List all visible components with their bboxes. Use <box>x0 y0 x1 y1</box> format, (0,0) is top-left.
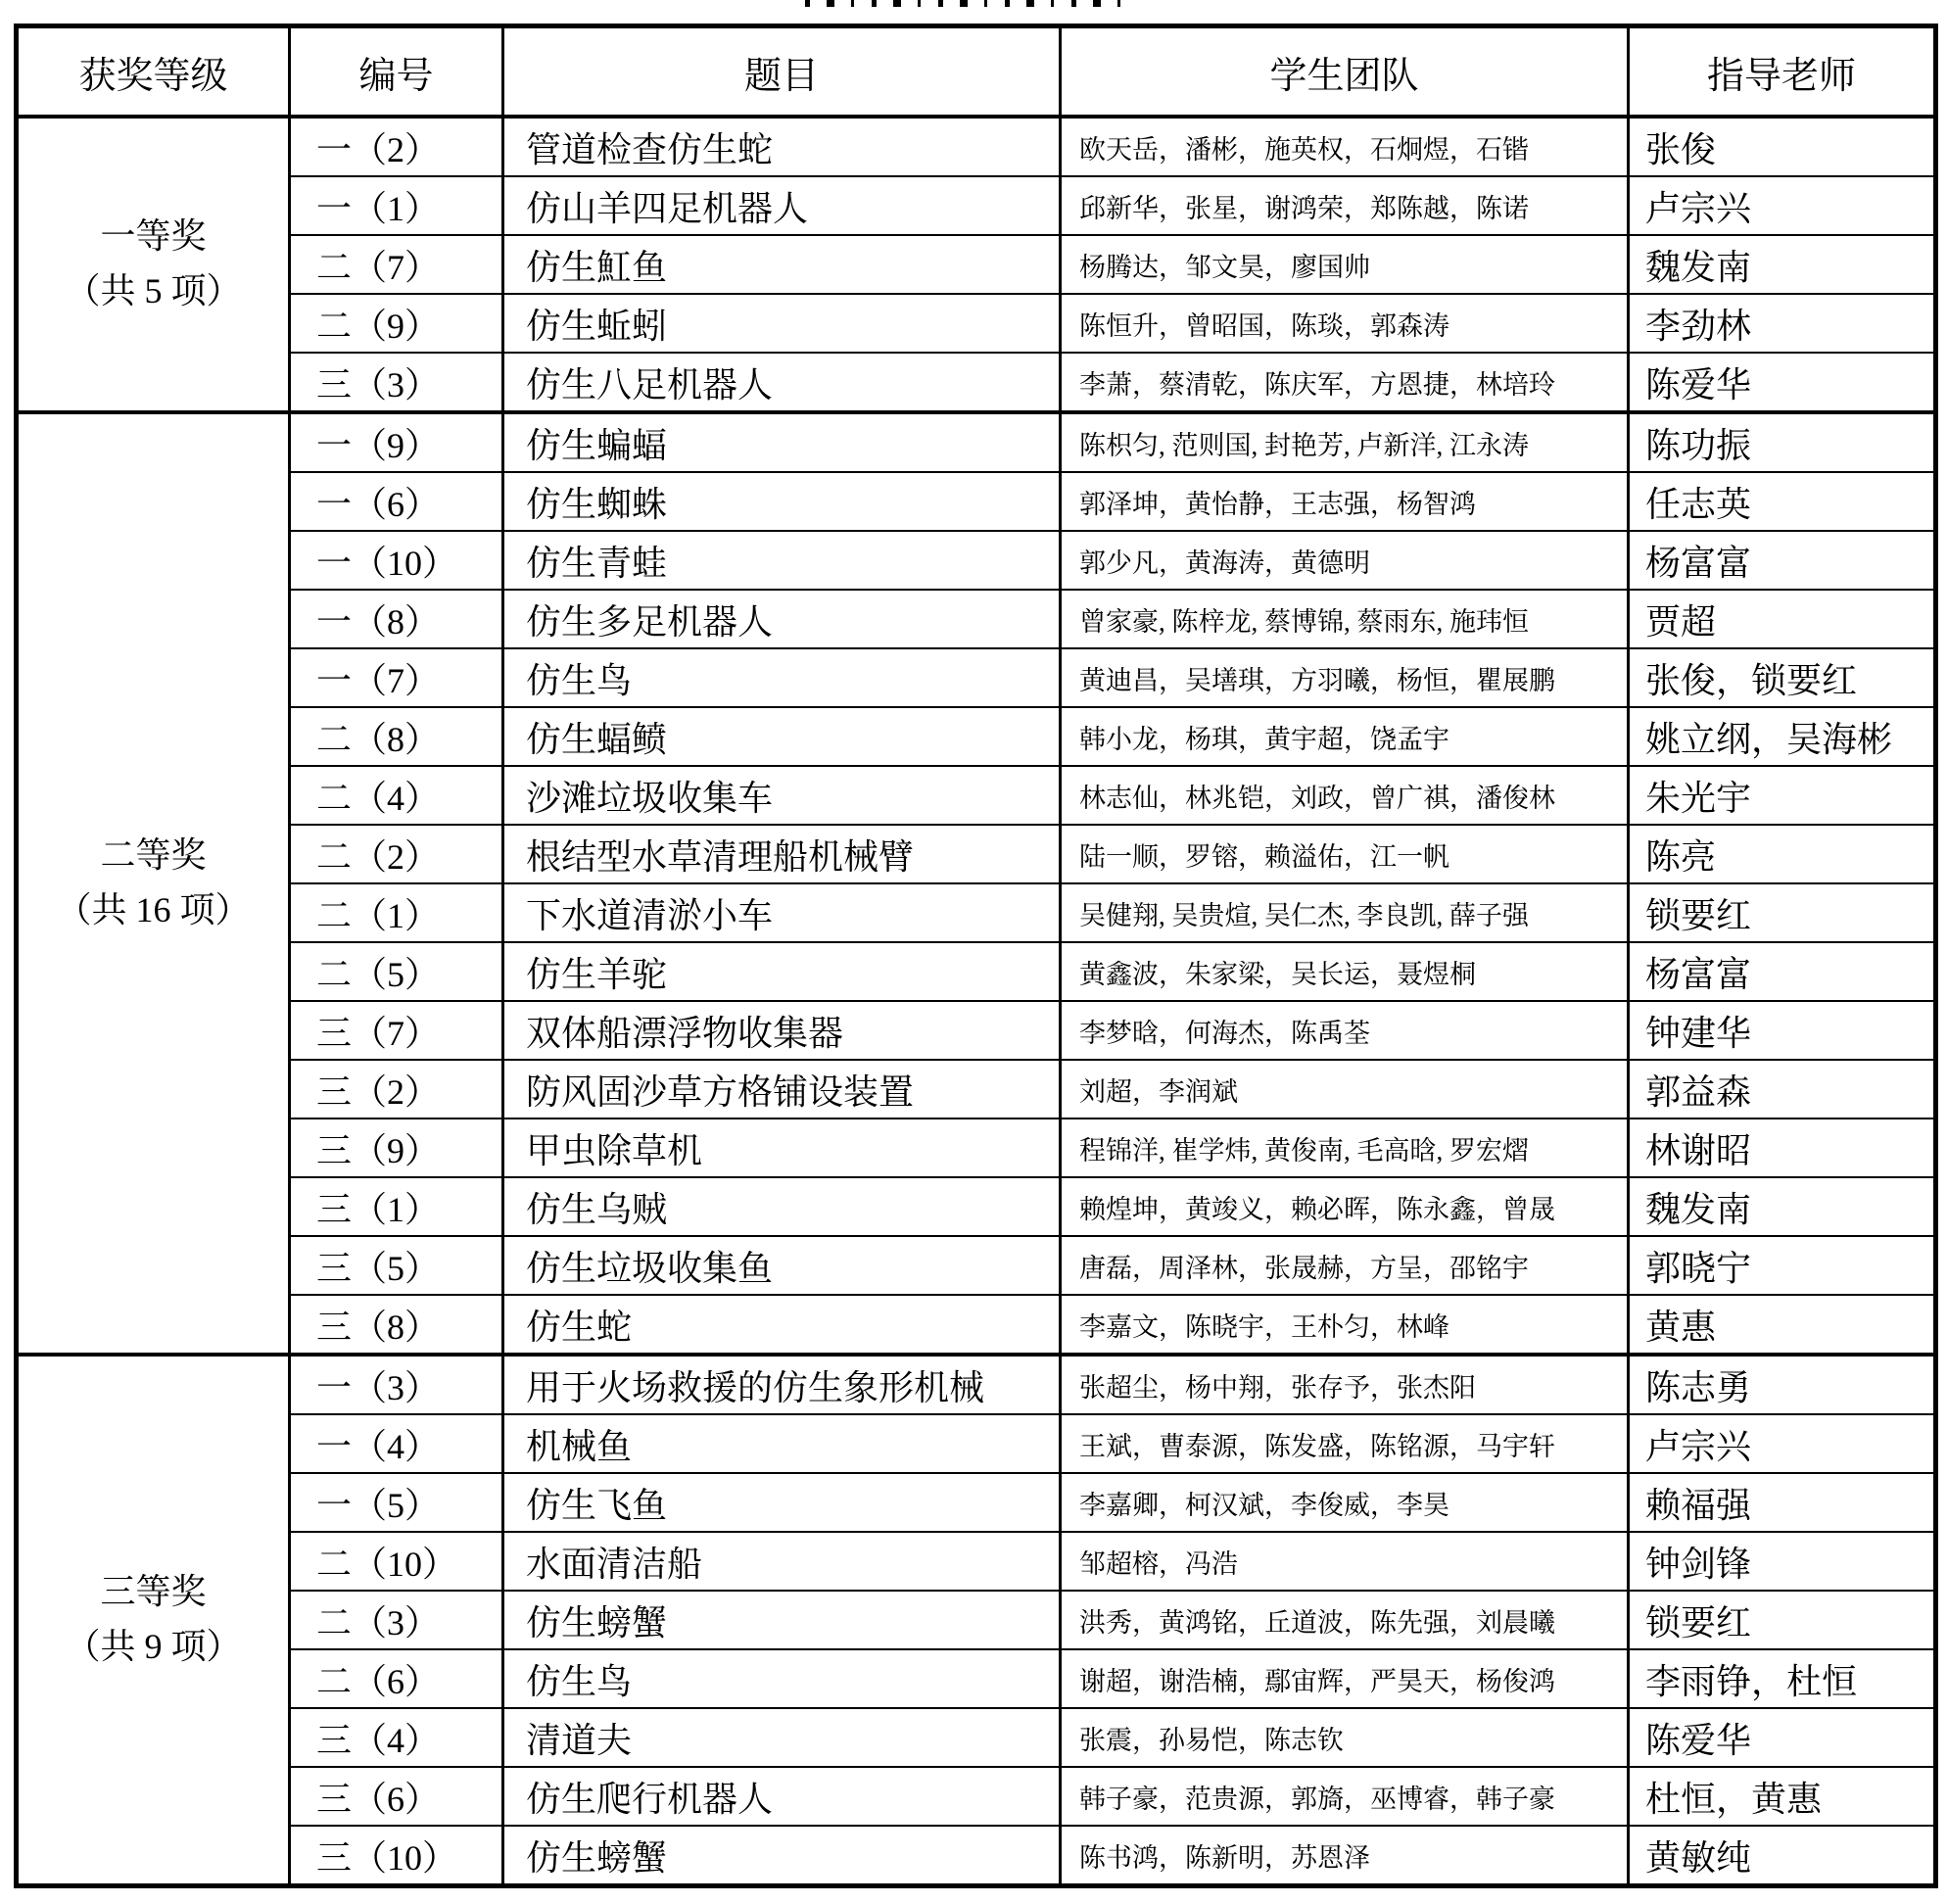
cell-team: 陈恒升，曾昭国，陈琰，郭森涛 <box>1061 294 1629 353</box>
table-row: 一（1）仿山羊四足机器人邱新华，张星，谢鸿荣，郑陈越，陈诺卢宗兴 <box>17 176 1936 235</box>
cell-team: 张震，孙易恺，陈志钦 <box>1061 1708 1629 1767</box>
cell-number: 一（1） <box>290 176 503 235</box>
table-row: 三（8）仿生蛇李嘉文，陈晓宇，王朴匀，林峰黄惠 <box>17 1295 1936 1355</box>
cell-advisor: 锁要红 <box>1629 1591 1936 1649</box>
column-header-advisor: 指导老师 <box>1629 26 1936 118</box>
cell-team: 李嘉卿，柯汉斌，李俊威，李昊 <box>1061 1473 1629 1532</box>
cell-advisor: 李劲林 <box>1629 294 1936 353</box>
cell-title: 仿生蝠鲼 <box>503 707 1061 766</box>
award-count-label: （共 9 项） <box>19 1620 288 1675</box>
cell-number: 一（5） <box>290 1473 503 1532</box>
cell-number: 三（8） <box>290 1295 503 1355</box>
column-header-team: 学生团队 <box>1061 26 1629 118</box>
column-header-number: 编号 <box>290 26 503 118</box>
cell-advisor: 郭益森 <box>1629 1060 1936 1119</box>
cell-team: 程锦洋, 崔学炜, 黄俊南, 毛高晗, 罗宏熠 <box>1061 1119 1629 1177</box>
cell-number: 二（7） <box>290 235 503 294</box>
cell-title: 防风固沙草方格铺设装置 <box>503 1060 1061 1119</box>
award-level-label: 二等奖 <box>19 829 288 883</box>
table-row: 二（1）下水道清淤小车吴健翔, 吴贵煊, 吴仁杰, 李良凯, 薛子强锁要红 <box>17 883 1936 942</box>
cell-number: 三（10） <box>290 1826 503 1886</box>
cell-title: 仿生乌贼 <box>503 1177 1061 1236</box>
cell-advisor: 杨富富 <box>1629 942 1936 1001</box>
cell-number: 一（2） <box>290 117 503 176</box>
cell-number: 三（4） <box>290 1708 503 1767</box>
cell-advisor: 郭晓宁 <box>1629 1236 1936 1295</box>
cell-advisor: 李雨铮，杜恒 <box>1629 1649 1936 1708</box>
cell-team: 赖煌坤，黄竣义，赖必晖，陈永鑫，曾晟 <box>1061 1177 1629 1236</box>
cell-number: 一（7） <box>290 648 503 707</box>
table-row: 三（4）清道夫张震，孙易恺，陈志钦陈爱华 <box>17 1708 1936 1767</box>
cropped-title-fragment <box>805 0 1138 7</box>
cell-title: 仿生螃蟹 <box>503 1591 1061 1649</box>
cell-title: 仿生青蛙 <box>503 531 1061 590</box>
cell-team: 刘超，李润斌 <box>1061 1060 1629 1119</box>
cell-number: 二（6） <box>290 1649 503 1708</box>
table-row: 三（10）仿生螃蟹陈书鸿，陈新明，苏恩泽黄敏纯 <box>17 1826 1936 1886</box>
cell-title: 仿生蝙蝠 <box>503 412 1061 472</box>
award-level-cell: 一等奖（共 5 项） <box>17 117 290 412</box>
cell-number: 二（9） <box>290 294 503 353</box>
cell-team: 李梦晗，何海杰，陈禹荃 <box>1061 1001 1629 1060</box>
cell-advisor: 姚立纲，吴海彬 <box>1629 707 1936 766</box>
cell-advisor: 锁要红 <box>1629 883 1936 942</box>
cell-team: 黄鑫波，朱家梁，吴长运，聂煜桐 <box>1061 942 1629 1001</box>
cell-title: 仿生羊驼 <box>503 942 1061 1001</box>
table-row: 二（2）根结型水草清理船机械臂陆一顺，罗镕，赖溢佑，江一帆陈亮 <box>17 825 1936 883</box>
table-row: 一等奖（共 5 项）一（2）管道检查仿生蛇欧天岳，潘彬，施英权，石炯煜，石锴张俊 <box>17 117 1936 176</box>
cell-title: 仿生蛇 <box>503 1295 1061 1355</box>
cell-number: 三（7） <box>290 1001 503 1060</box>
table-row: 一（8）仿生多足机器人曾家豪, 陈梓龙, 蔡博锦, 蔡雨东, 施玮恒贾超 <box>17 590 1936 648</box>
cell-advisor: 陈志勇 <box>1629 1355 1936 1414</box>
column-header-award-level: 获奖等级 <box>17 26 290 118</box>
table-row: 二（4）沙滩垃圾收集车林志仙，林兆铠，刘政，曾广祺，潘俊林朱光宇 <box>17 766 1936 825</box>
cell-advisor: 陈爱华 <box>1629 1708 1936 1767</box>
cell-title: 仿生飞鱼 <box>503 1473 1061 1532</box>
table-row: 二（3）仿生螃蟹洪秀，黄鸿铭，丘道波，陈先强，刘晨曦锁要红 <box>17 1591 1936 1649</box>
cell-advisor: 卢宗兴 <box>1629 1414 1936 1473</box>
cell-title: 仿生爬行机器人 <box>503 1767 1061 1826</box>
table-row: 三（1）仿生乌贼赖煌坤，黄竣义，赖必晖，陈永鑫，曾晟魏发南 <box>17 1177 1936 1236</box>
award-count-label: （共 5 项） <box>19 264 288 319</box>
cell-advisor: 杜恒，黄惠 <box>1629 1767 1936 1826</box>
cell-team: 王斌，曹泰源，陈发盛，陈铭源，马宇轩 <box>1061 1414 1629 1473</box>
cell-advisor: 张俊 <box>1629 117 1936 176</box>
cell-advisor: 杨富富 <box>1629 531 1936 590</box>
cell-advisor: 林谢昭 <box>1629 1119 1936 1177</box>
cell-team: 郭泽坤，黄怡静，王志强，杨智鸿 <box>1061 472 1629 531</box>
cell-number: 二（8） <box>290 707 503 766</box>
cell-number: 三（6） <box>290 1767 503 1826</box>
table-row: 三等奖（共 9 项）一（3）用于火场救援的仿生象形机械张超尘，杨中翔，张存予，张… <box>17 1355 1936 1414</box>
cell-number: 三（5） <box>290 1236 503 1295</box>
awards-table-body: 一等奖（共 5 项）一（2）管道检查仿生蛇欧天岳，潘彬，施英权，石炯煜，石锴张俊… <box>17 117 1936 1886</box>
cell-advisor: 陈亮 <box>1629 825 1936 883</box>
cell-team: 曾家豪, 陈梓龙, 蔡博锦, 蔡雨东, 施玮恒 <box>1061 590 1629 648</box>
table-row: 二等奖（共 16 项）一（9）仿生蝙蝠陈枳匀, 范则国, 封艳芳, 卢新洋, 江… <box>17 412 1936 472</box>
table-row: 三（2）防风固沙草方格铺设装置刘超，李润斌郭益森 <box>17 1060 1936 1119</box>
cell-team: 洪秀，黄鸿铭，丘道波，陈先强，刘晨曦 <box>1061 1591 1629 1649</box>
cell-advisor: 贾超 <box>1629 590 1936 648</box>
cell-team: 黄迪昌，吴墡琪，方羽曦，杨恒，瞿展鹏 <box>1061 648 1629 707</box>
cell-title: 根结型水草清理船机械臂 <box>503 825 1061 883</box>
cell-title: 清道夫 <box>503 1708 1061 1767</box>
award-level-cell: 三等奖（共 9 项） <box>17 1355 290 1886</box>
cell-number: 三（2） <box>290 1060 503 1119</box>
cell-advisor: 张俊，锁要红 <box>1629 648 1936 707</box>
cell-advisor: 魏发南 <box>1629 1177 1936 1236</box>
cell-number: 一（8） <box>290 590 503 648</box>
cell-number: 一（4） <box>290 1414 503 1473</box>
table-row: 一（10）仿生青蛙郭少凡，黄海涛，黄德明杨富富 <box>17 531 1936 590</box>
award-level-label: 三等奖 <box>19 1565 288 1620</box>
cell-team: 邹超榕，冯浩 <box>1061 1532 1629 1591</box>
cell-title: 机械鱼 <box>503 1414 1061 1473</box>
cell-title: 管道检查仿生蛇 <box>503 117 1061 176</box>
table-row: 二（6）仿生鸟谢超，谢浩楠，鄢宙辉，严昊天，杨俊鸿李雨铮，杜恒 <box>17 1649 1936 1708</box>
cell-team: 郭少凡，黄海涛，黄德明 <box>1061 531 1629 590</box>
cell-number: 三（1） <box>290 1177 503 1236</box>
cell-number: 一（9） <box>290 412 503 472</box>
cell-number: 三（3） <box>290 353 503 412</box>
column-header-title: 题目 <box>503 26 1061 118</box>
cell-number: 二（3） <box>290 1591 503 1649</box>
cell-title: 沙滩垃圾收集车 <box>503 766 1061 825</box>
cell-title: 甲虫除草机 <box>503 1119 1061 1177</box>
cell-title: 水面清洁船 <box>503 1532 1061 1591</box>
cell-advisor: 钟建华 <box>1629 1001 1936 1060</box>
cell-title: 用于火场救援的仿生象形机械 <box>503 1355 1061 1414</box>
award-level-cell: 二等奖（共 16 项） <box>17 412 290 1355</box>
cell-team: 李嘉文，陈晓宇，王朴匀，林峰 <box>1061 1295 1629 1355</box>
cell-title: 下水道清淤小车 <box>503 883 1061 942</box>
cell-number: 一（3） <box>290 1355 503 1414</box>
table-row: 三（3）仿生八足机器人李萧，蔡清乾，陈庆军，方恩捷，林培玲陈爱华 <box>17 353 1936 412</box>
table-row: 一（4）机械鱼王斌，曹泰源，陈发盛，陈铭源，马宇轩卢宗兴 <box>17 1414 1936 1473</box>
cell-team: 李萧，蔡清乾，陈庆军，方恩捷，林培玲 <box>1061 353 1629 412</box>
table-row: 三（9）甲虫除草机程锦洋, 崔学炜, 黄俊南, 毛高晗, 罗宏熠林谢昭 <box>17 1119 1936 1177</box>
table-row: 二（9）仿生蚯蚓陈恒升，曾昭国，陈琰，郭森涛李劲林 <box>17 294 1936 353</box>
cell-title: 仿生螃蟹 <box>503 1826 1061 1886</box>
cell-team: 韩小龙，杨琪，黄宇超，饶孟宇 <box>1061 707 1629 766</box>
cell-number: 二（10） <box>290 1532 503 1591</box>
table-row: 三（7）双体船漂浮物收集器李梦晗，何海杰，陈禹荃钟建华 <box>17 1001 1936 1060</box>
cell-advisor: 钟剑锋 <box>1629 1532 1936 1591</box>
cell-team: 陈书鸿，陈新明，苏恩泽 <box>1061 1826 1629 1886</box>
table-row: 二（8）仿生蝠鲼韩小龙，杨琪，黄宇超，饶孟宇姚立纲，吴海彬 <box>17 707 1936 766</box>
table-row: 二（5）仿生羊驼黄鑫波，朱家梁，吴长运，聂煜桐杨富富 <box>17 942 1936 1001</box>
cell-advisor: 陈功振 <box>1629 412 1936 472</box>
cell-title: 仿生多足机器人 <box>503 590 1061 648</box>
cell-advisor: 赖福强 <box>1629 1473 1936 1532</box>
cell-title: 仿生鸟 <box>503 1649 1061 1708</box>
cell-number: 二（1） <box>290 883 503 942</box>
cell-title: 仿山羊四足机器人 <box>503 176 1061 235</box>
cell-team: 陆一顺，罗镕，赖溢佑，江一帆 <box>1061 825 1629 883</box>
cell-team: 杨腾达，邹文昊，廖国帅 <box>1061 235 1629 294</box>
table-header-row: 获奖等级 编号 题目 学生团队 指导老师 <box>17 26 1936 118</box>
cell-team: 唐磊，周泽林，张晟赫，方呈，邵铭宇 <box>1061 1236 1629 1295</box>
cell-advisor: 任志英 <box>1629 472 1936 531</box>
cell-team: 吴健翔, 吴贵煊, 吴仁杰, 李良凯, 薛子强 <box>1061 883 1629 942</box>
table-row: 三（6）仿生爬行机器人韩子豪，范贵源，郭旖，巫博睿，韩子豪杜恒，黄惠 <box>17 1767 1936 1826</box>
table-row: 一（6）仿生蜘蛛郭泽坤，黄怡静，王志强，杨智鸿任志英 <box>17 472 1936 531</box>
cell-number: 一（6） <box>290 472 503 531</box>
cell-title: 仿生八足机器人 <box>503 353 1061 412</box>
table-row: 二（7）仿生魟鱼杨腾达，邹文昊，廖国帅魏发南 <box>17 235 1936 294</box>
cell-advisor: 黄惠 <box>1629 1295 1936 1355</box>
cell-team: 林志仙，林兆铠，刘政，曾广祺，潘俊林 <box>1061 766 1629 825</box>
cell-team: 欧天岳，潘彬，施英权，石炯煜，石锴 <box>1061 117 1629 176</box>
cell-title: 仿生蚯蚓 <box>503 294 1061 353</box>
table-row: 一（7）仿生鸟黄迪昌，吴墡琪，方羽曦，杨恒，瞿展鹏张俊，锁要红 <box>17 648 1936 707</box>
cell-advisor: 黄敏纯 <box>1629 1826 1936 1886</box>
cell-number: 二（2） <box>290 825 503 883</box>
cell-team: 邱新华，张星，谢鸿荣，郑陈越，陈诺 <box>1061 176 1629 235</box>
cell-number: 二（4） <box>290 766 503 825</box>
cell-number: 三（9） <box>290 1119 503 1177</box>
cell-advisor: 魏发南 <box>1629 235 1936 294</box>
cell-team: 张超尘，杨中翔，张存予，张杰阳 <box>1061 1355 1629 1414</box>
cell-title: 双体船漂浮物收集器 <box>503 1001 1061 1060</box>
cell-team: 陈枳匀, 范则国, 封艳芳, 卢新洋, 江永涛 <box>1061 412 1629 472</box>
table-row: 三（5）仿生垃圾收集鱼唐磊，周泽林，张晟赫，方呈，邵铭宇郭晓宁 <box>17 1236 1936 1295</box>
award-level-label: 一等奖 <box>19 210 288 264</box>
table-row: 一（5）仿生飞鱼李嘉卿，柯汉斌，李俊威，李昊赖福强 <box>17 1473 1936 1532</box>
cell-title: 仿生蜘蛛 <box>503 472 1061 531</box>
awards-table: 获奖等级 编号 题目 学生团队 指导老师 一等奖（共 5 项）一（2）管道检查仿… <box>14 24 1938 1888</box>
cell-title: 仿生魟鱼 <box>503 235 1061 294</box>
cell-title: 仿生鸟 <box>503 648 1061 707</box>
table-row: 二（10）水面清洁船邹超榕，冯浩钟剑锋 <box>17 1532 1936 1591</box>
cell-team: 谢超，谢浩楠，鄢宙辉，严昊天，杨俊鸿 <box>1061 1649 1629 1708</box>
cell-team: 韩子豪，范贵源，郭旖，巫博睿，韩子豪 <box>1061 1767 1629 1826</box>
cell-advisor: 卢宗兴 <box>1629 176 1936 235</box>
award-count-label: （共 16 项） <box>19 883 288 938</box>
cell-number: 一（10） <box>290 531 503 590</box>
cell-advisor: 陈爱华 <box>1629 353 1936 412</box>
cell-number: 二（5） <box>290 942 503 1001</box>
cell-title: 仿生垃圾收集鱼 <box>503 1236 1061 1295</box>
cell-advisor: 朱光宇 <box>1629 766 1936 825</box>
